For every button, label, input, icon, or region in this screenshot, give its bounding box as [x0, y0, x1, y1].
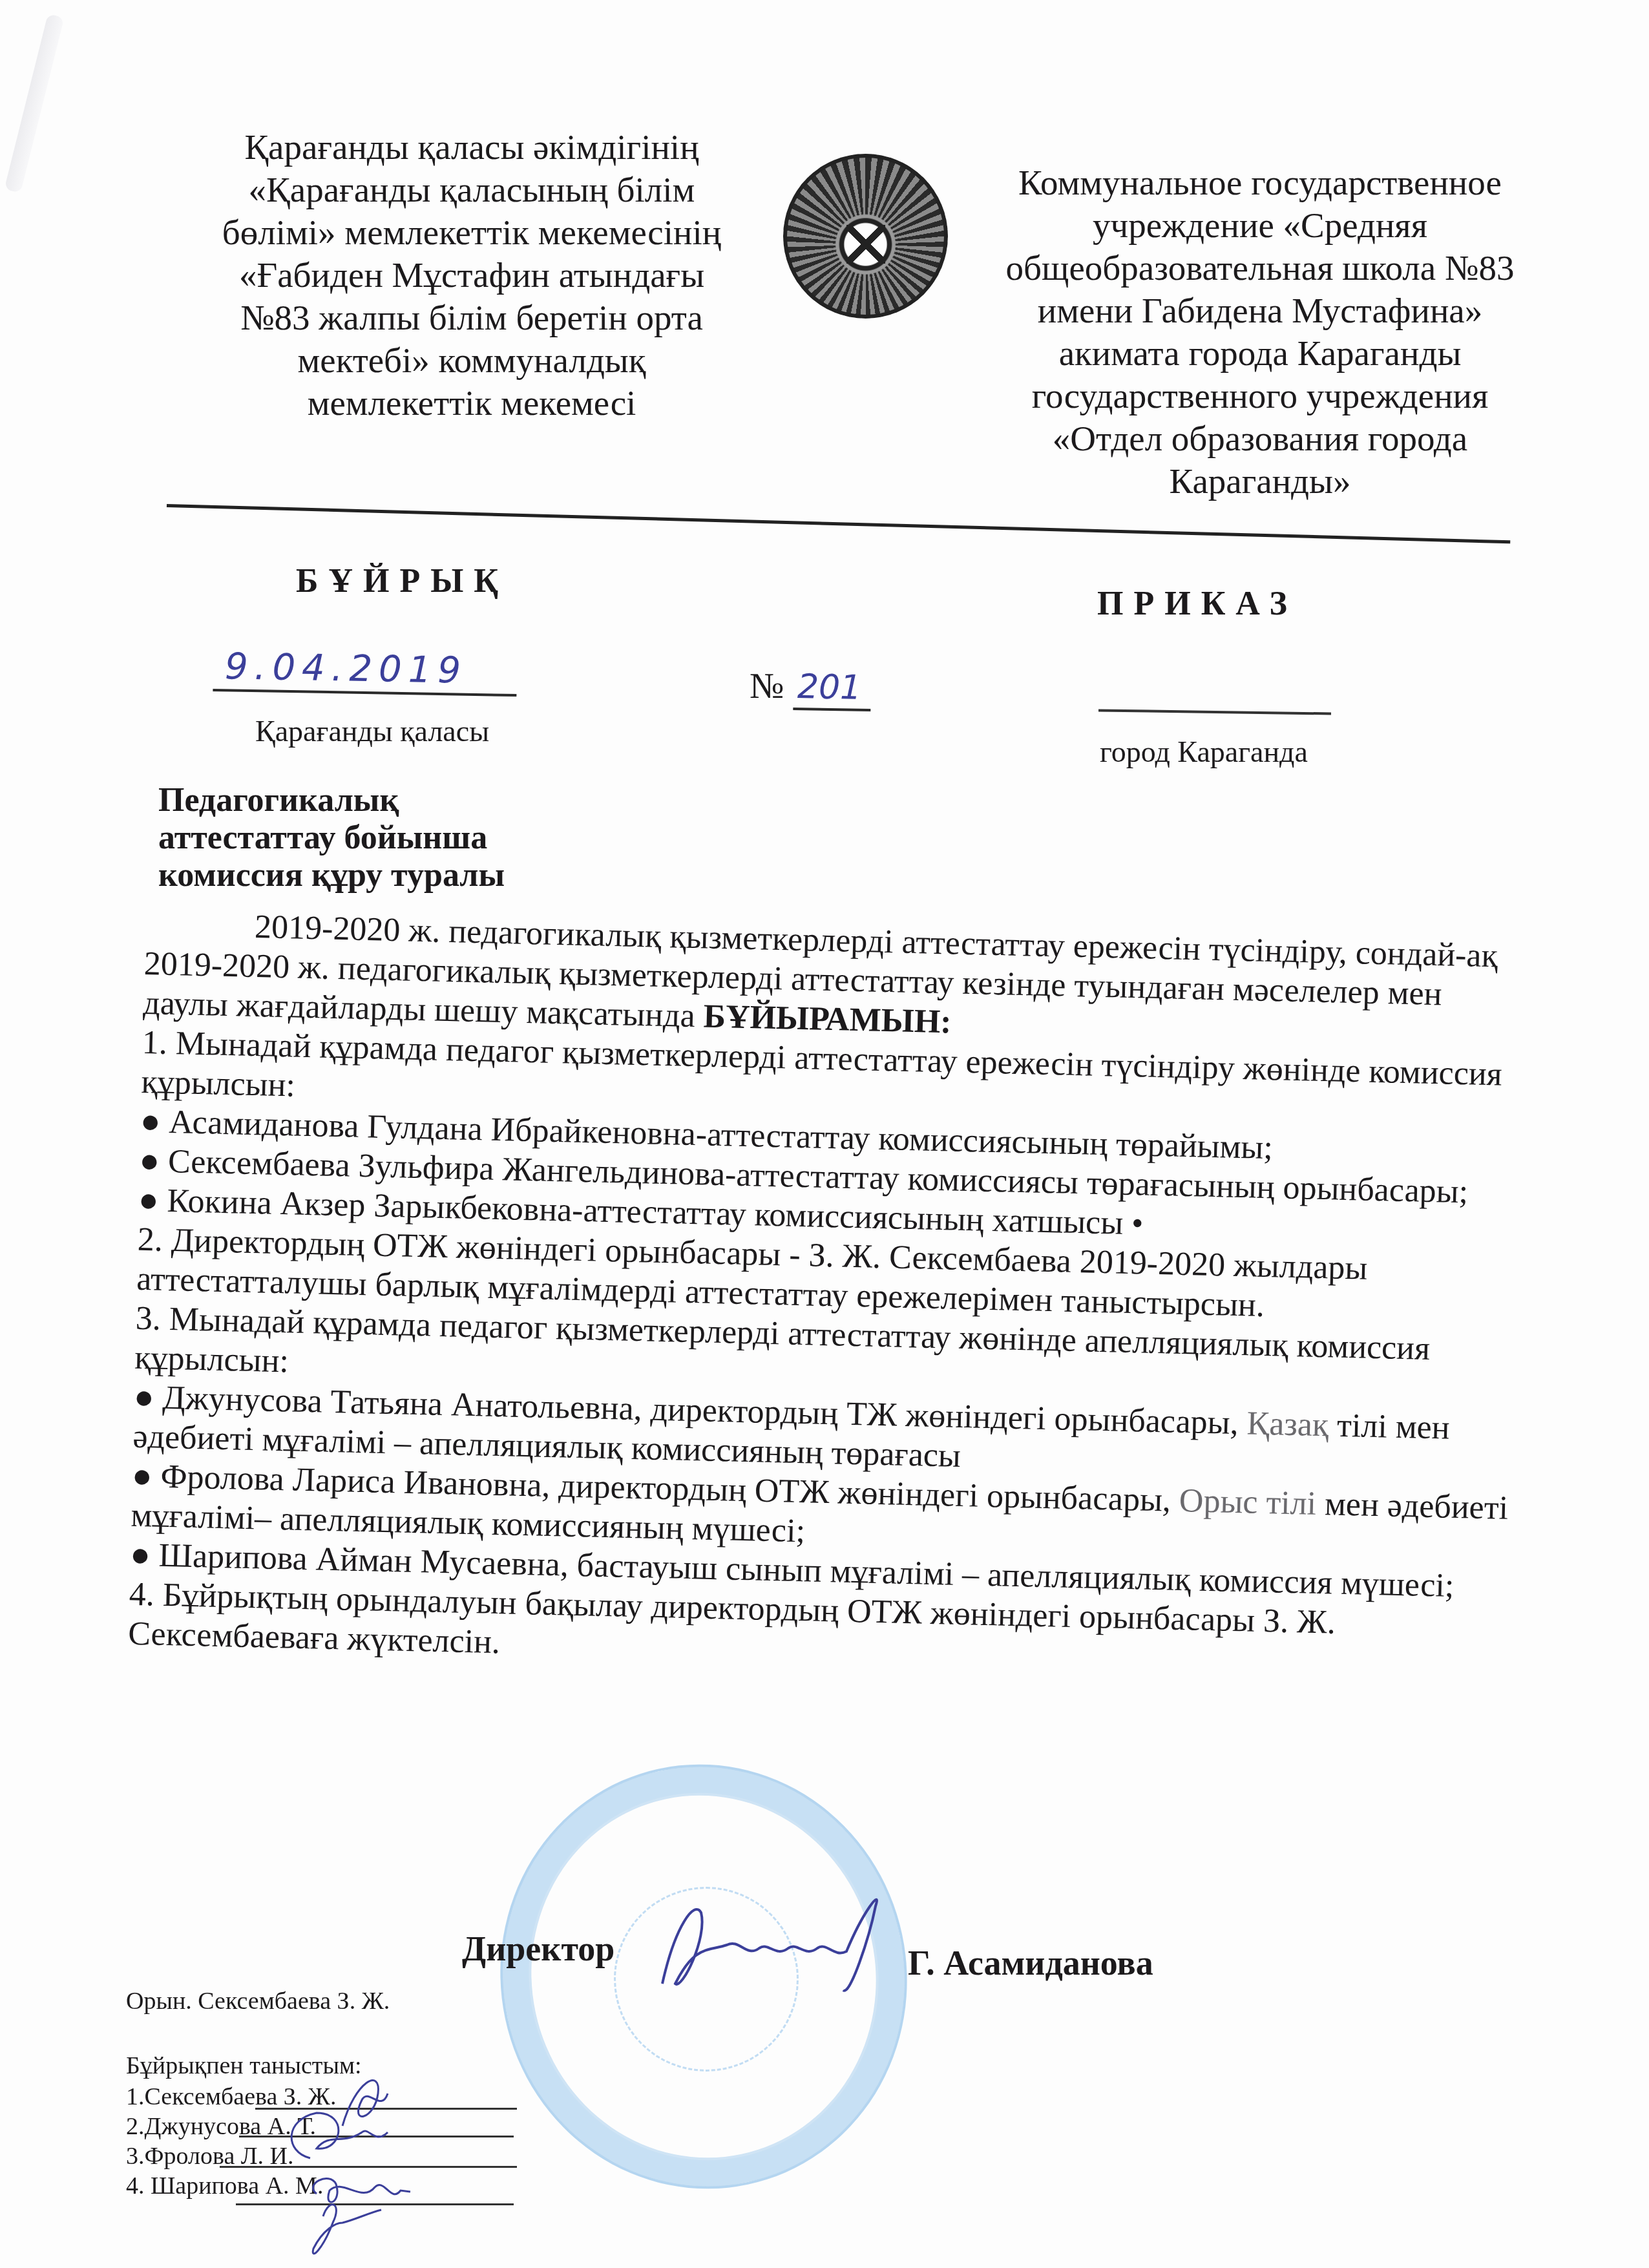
subject-line: Педагогикалық — [158, 782, 505, 819]
order-number-value: 201 — [797, 667, 861, 708]
header-ru-line: Коммунальное государственное — [969, 162, 1551, 204]
header-divider — [167, 504, 1510, 543]
header-ru-line: учреждение «Средняя — [969, 204, 1551, 247]
header-ru-line: Караганды» — [969, 460, 1551, 503]
subject-line: комиссия құру туралы — [158, 857, 505, 894]
header-kz-line: Қарағанды қаласы әкімдігінің — [194, 126, 750, 169]
header-ru-line: имени Габидена Мустафина» — [969, 289, 1551, 332]
header-ru-line: государственного учреждения — [969, 375, 1551, 417]
scan-artifact — [5, 14, 65, 193]
header-kazakh: Қарағанды қаласы әкімдігінің «Қарағанды … — [194, 126, 750, 425]
header-kz-line: «Қарағанды қаласының білім — [194, 169, 750, 211]
blank-field-line — [1098, 709, 1331, 715]
prepared-by: Орын. Сексембаева З. Ж. — [126, 1987, 390, 2015]
header-kz-line: №83 жалпы білім беретін орта — [194, 297, 750, 339]
header-kz-line: бөлімі» мемлекеттік мекемесінің — [194, 211, 750, 254]
subject-line: аттестаттау бойынша — [158, 819, 505, 857]
header-russian: Коммунальное государственное учреждение … — [969, 162, 1551, 503]
director-signature-icon — [656, 1887, 908, 2003]
date-field: 9.04.2019 — [213, 644, 517, 697]
header-ru-line: «Отдел образования города — [969, 417, 1551, 460]
order-number-field: 201 — [793, 658, 871, 711]
member-text-faint: Қазақ — [1246, 1405, 1329, 1444]
number-label: № — [750, 666, 784, 707]
document-title-ru: ПРИКАЗ — [1097, 585, 1297, 623]
handwritten-signatures-icon — [271, 2055, 439, 2262]
header-kz-line: «Ғабиден Мұстафин атындағы — [194, 254, 750, 297]
city-kz: Қарағанды қаласы — [255, 714, 489, 748]
member-text-faint: Орыс тілі — [1179, 1482, 1316, 1522]
document-title-kz: БҰЙРЫҚ — [296, 562, 509, 600]
signature-role: Директор — [462, 1929, 614, 1969]
header-ru-line: акимата города Караганды — [969, 332, 1551, 375]
signature-name: Г. Асамиданова — [908, 1943, 1153, 1983]
city-ru: город Караганда — [1100, 735, 1308, 769]
shanyrak-icon — [846, 225, 885, 264]
date-value: 9.04.2019 — [224, 646, 467, 692]
header-kz-line: мектебі» коммуналдық — [194, 339, 750, 382]
header-ru-line: общеобразовательная школа №83 — [969, 247, 1551, 289]
header-kz-line: мемлекеттік мекемесі — [194, 382, 750, 425]
document-page: Қарағанды қаласы әкімдігінің «Қарағанды … — [0, 0, 1649, 2268]
document-subject: Педагогикалық аттестаттау бойынша комисс… — [158, 782, 505, 894]
order-word: БҰЙЫРАМЫН: — [703, 998, 952, 1040]
document-body: 2019-2020 ж. педагогикалық қызметкерлерд… — [128, 905, 1535, 1686]
